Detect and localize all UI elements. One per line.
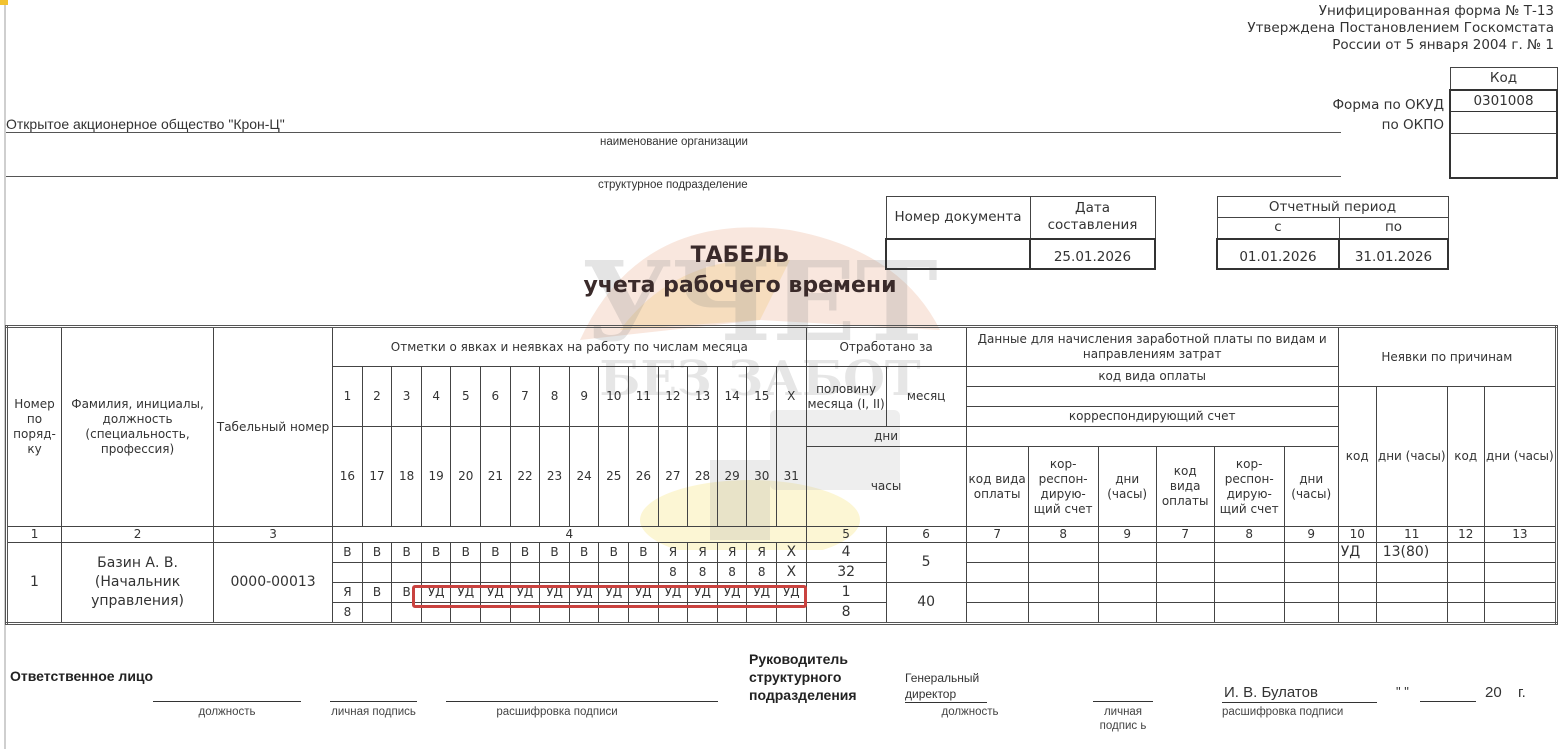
date-quote: " ": [1396, 684, 1409, 699]
data-cell[interactable]: [1156, 563, 1214, 583]
data-cell[interactable]: [1284, 563, 1338, 583]
day-hours[interactable]: [451, 603, 481, 624]
day-header-15: 15: [747, 367, 777, 427]
data-cell[interactable]: [1098, 603, 1156, 624]
absence-days-2[interactable]: [1484, 543, 1556, 563]
column-number: 5: [806, 527, 886, 543]
day-mark[interactable]: Х: [777, 543, 807, 563]
organization-caption: наименование организации: [600, 136, 748, 148]
day-header-13: 28: [688, 427, 718, 527]
head-signature-field[interactable]: [1093, 686, 1153, 702]
day-mark[interactable]: В: [599, 543, 629, 563]
day-header-1: 1: [333, 367, 363, 427]
period-box: Отчетный период с по 01.01.2026 31.01.20…: [1216, 196, 1449, 270]
column-number: 11: [1376, 527, 1447, 543]
day-mark[interactable]: В: [392, 583, 422, 603]
okud-label: Форма по ОКУД: [1332, 95, 1444, 115]
header-sub-code-1: код вида оплаты: [966, 447, 1028, 527]
day-hours[interactable]: [392, 563, 422, 583]
day-hours[interactable]: [510, 563, 540, 583]
day-mark[interactable]: Я: [333, 583, 363, 603]
half1-hours[interactable]: 32: [806, 563, 886, 583]
day-hours[interactable]: [599, 563, 629, 583]
header-sub-days-2: дни (часы): [1284, 447, 1338, 527]
subdivision-line[interactable]: [6, 176, 1341, 177]
day-mark[interactable]: УД: [717, 583, 747, 603]
data-cell[interactable]: [1098, 583, 1156, 603]
day-header-8: 8: [540, 367, 570, 427]
day-hours[interactable]: [362, 563, 392, 583]
date-field[interactable]: [1420, 686, 1476, 702]
day-header-9: 24: [569, 427, 599, 527]
column-number: 7: [966, 527, 1028, 543]
day-header-3: 3: [392, 367, 422, 427]
day-mark[interactable]: В: [451, 543, 481, 563]
doc-date-label: Дата составления: [1030, 197, 1155, 239]
extra-code-value[interactable]: [1450, 134, 1557, 178]
day-header-3: 18: [392, 427, 422, 527]
column-number: 6: [886, 527, 966, 543]
day-mark[interactable]: УД: [510, 583, 540, 603]
header-sub-code-2: код вида оплаты: [1156, 447, 1214, 527]
okud-labels: Форма по ОКУД по ОКПО: [1332, 95, 1444, 135]
day-header-4: 4: [421, 367, 451, 427]
half2-days[interactable]: 1: [806, 583, 886, 603]
column-number: 8: [1214, 527, 1284, 543]
day-mark[interactable]: В: [362, 583, 392, 603]
pay-data-cell[interactable]: [1284, 543, 1338, 563]
half1-days[interactable]: 4: [806, 543, 886, 563]
day-mark[interactable]: В: [333, 543, 363, 563]
column-number: 12: [1447, 527, 1484, 543]
pay-code-blank: [966, 387, 1338, 407]
pay-data-cell[interactable]: [1028, 543, 1098, 563]
day-hours[interactable]: 8: [658, 563, 688, 583]
header-hours: часы: [806, 447, 966, 527]
data-cell[interactable]: [1447, 563, 1484, 583]
header-pay-code: код вида оплаты: [966, 367, 1338, 387]
data-cell[interactable]: [1338, 603, 1376, 624]
day-hours[interactable]: Х: [777, 563, 807, 583]
day-mark[interactable]: Я: [658, 543, 688, 563]
pay-data-cell[interactable]: [966, 543, 1028, 563]
okpo-value[interactable]: [1450, 112, 1557, 134]
period-from-value[interactable]: 01.01.2026: [1217, 239, 1339, 269]
corner-marker: [0, 0, 8, 5]
day-hours[interactable]: [481, 563, 511, 583]
employee-row: 1 Базин А. В. (Начальник управления) 000…: [7, 543, 1557, 563]
subdivision-caption: структурное подразделение: [598, 179, 748, 191]
day-mark[interactable]: УД: [747, 583, 777, 603]
header-abs-days-1: дни (часы): [1376, 387, 1447, 527]
day-mark[interactable]: УД: [777, 583, 807, 603]
day-hours[interactable]: [510, 603, 540, 624]
data-cell[interactable]: [1338, 583, 1376, 603]
day-hours[interactable]: [392, 603, 422, 624]
period-from-label: с: [1217, 218, 1339, 239]
day-hours[interactable]: [421, 603, 451, 624]
day-hours[interactable]: 8: [688, 563, 718, 583]
day-hours[interactable]: [599, 603, 629, 624]
organization-name[interactable]: Открытое акционерное общество "Крон-Ц": [6, 116, 1341, 133]
data-cell[interactable]: [1484, 563, 1556, 583]
okpo-label: по ОКПО: [1332, 115, 1444, 135]
employee-tab-number[interactable]: 0000-00013: [214, 543, 333, 624]
day-hours[interactable]: [629, 603, 659, 624]
doc-date-value[interactable]: 25.01.2026: [1030, 239, 1155, 269]
responsible-label: Ответственное лицо: [10, 667, 160, 685]
head-decode-caption: расшифровка подписи: [1222, 705, 1377, 719]
day-header-6: 21: [481, 427, 511, 527]
header-sub-corr-2: кор-респон-дирую-щий счет: [1214, 447, 1284, 527]
header-worked: Отработано за: [806, 327, 966, 367]
day-header-1: 16: [333, 427, 363, 527]
header-abs-days-2: дни (часы): [1484, 387, 1556, 527]
corr-blank: [966, 427, 1338, 447]
column-number: 9: [1098, 527, 1156, 543]
column-number: 8: [1028, 527, 1098, 543]
document-title: ТАБЕЛЬ учета рабочего времени: [500, 241, 980, 301]
head-position-caption: должность: [905, 705, 1035, 719]
header-tab: Табельный номер: [214, 327, 333, 527]
data-cell[interactable]: [1214, 563, 1284, 583]
data-cell[interactable]: [1156, 603, 1214, 624]
title-line1: ТАБЕЛЬ: [500, 241, 980, 271]
day-header-13: 13: [688, 367, 718, 427]
day-header-14: 14: [717, 367, 747, 427]
code-box: Код 0301008: [1449, 67, 1558, 179]
header-month: месяц: [886, 367, 966, 427]
head-signature-caption: личная подпис ь: [1093, 705, 1153, 733]
day-mark[interactable]: Я: [688, 543, 718, 563]
day-header-10: 10: [599, 367, 629, 427]
day-mark[interactable]: В: [540, 543, 570, 563]
column-number: 13: [1484, 527, 1556, 543]
data-cell[interactable]: [1338, 563, 1376, 583]
doc-number-label: Номер документа: [886, 197, 1030, 239]
header-days: дни: [806, 427, 966, 447]
day-header-12: 12: [658, 367, 688, 427]
pay-data-cell[interactable]: [1156, 543, 1214, 563]
data-cell[interactable]: [966, 563, 1028, 583]
day-hours[interactable]: [688, 603, 718, 624]
head-position-field[interactable]: Генеральный директор: [905, 670, 987, 703]
day-header-11: 26: [629, 427, 659, 527]
data-cell[interactable]: [1376, 583, 1447, 603]
responsible-position-field[interactable]: [153, 686, 301, 702]
day-hours[interactable]: 8: [333, 603, 363, 624]
form-header-line3: России от 5 января 2004 г. № 1: [1247, 37, 1554, 54]
responsible-signature-field[interactable]: [330, 686, 417, 702]
day-header-5: 5: [451, 367, 481, 427]
day-header-2: 17: [362, 427, 392, 527]
month-days[interactable]: 5: [886, 543, 966, 583]
responsible-signature-caption: личная подпись: [330, 705, 417, 719]
data-cell[interactable]: [1214, 583, 1284, 603]
data-cell[interactable]: [1284, 603, 1338, 624]
day-mark[interactable]: УД: [451, 583, 481, 603]
day-header-6: 6: [481, 367, 511, 427]
okud-value[interactable]: 0301008: [1450, 90, 1557, 112]
day-mark[interactable]: В: [392, 543, 422, 563]
day-hours[interactable]: [658, 603, 688, 624]
day-hours[interactable]: [777, 603, 807, 624]
header-num: Номер по поряд-ку: [7, 327, 62, 527]
date-year: 20: [1485, 684, 1502, 701]
day-header-10: 25: [599, 427, 629, 527]
day-mark[interactable]: УД: [481, 583, 511, 603]
day-mark[interactable]: В: [510, 543, 540, 563]
code-header: Код: [1450, 68, 1557, 90]
form-header-line1: Унифицированная форма № Т-13: [1247, 3, 1554, 20]
day-header-12: 27: [658, 427, 688, 527]
day-hours[interactable]: 8: [717, 563, 747, 583]
month-hours[interactable]: 40: [886, 583, 966, 624]
period-to-value[interactable]: 31.01.2026: [1339, 239, 1448, 269]
day-mark[interactable]: В: [629, 543, 659, 563]
day-mark[interactable]: УД: [569, 583, 599, 603]
day-hours[interactable]: [569, 603, 599, 624]
half2-hours[interactable]: 8: [806, 603, 886, 624]
day-mark[interactable]: Я: [747, 543, 777, 563]
form-header-line2: Утверждена Постановлением Госкомстата: [1247, 20, 1554, 37]
header-abs-code-2: код: [1447, 387, 1484, 527]
day-header-5: 20: [451, 427, 481, 527]
pay-data-cell[interactable]: [1098, 543, 1156, 563]
employee-num: 1: [7, 543, 62, 624]
day-mark[interactable]: В: [421, 543, 451, 563]
header-half: половину месяца (I, II): [806, 367, 886, 427]
day-hours[interactable]: [481, 603, 511, 624]
head-name-field[interactable]: И. В. Булатов: [1222, 684, 1377, 703]
header-absent: Неявки по причинам: [1338, 327, 1556, 387]
header-corr: корреспондирующий счет: [966, 407, 1338, 427]
day-hours[interactable]: [451, 563, 481, 583]
day-header-7: 22: [510, 427, 540, 527]
title-line2: учета рабочего времени: [500, 271, 980, 301]
day-hours[interactable]: [540, 563, 570, 583]
day-header-11: 11: [629, 367, 659, 427]
period-label: Отчетный период: [1217, 197, 1448, 218]
data-cell[interactable]: [1484, 603, 1556, 624]
header-abs-code-1: код: [1338, 387, 1376, 527]
timesheet-table: Номер по поряд-ку Фамилия, инициалы, дол…: [5, 325, 1558, 625]
data-cell[interactable]: [1098, 563, 1156, 583]
data-cell[interactable]: [1376, 563, 1447, 583]
day-header-14: 29: [717, 427, 747, 527]
day-hours[interactable]: [421, 563, 451, 583]
form-header: Унифицированная форма № Т-13 Утверждена …: [1247, 3, 1554, 54]
responsible-position-caption: должность: [153, 705, 301, 719]
employee-name[interactable]: Базин А. В. (Начальник управления): [62, 543, 214, 624]
header-sub-days-1: дни (часы): [1098, 447, 1156, 527]
column-number: 4: [333, 527, 807, 543]
column-number: 2: [62, 527, 214, 543]
day-mark[interactable]: УД: [688, 583, 718, 603]
data-cell[interactable]: [1447, 583, 1484, 603]
data-cell[interactable]: [1156, 583, 1214, 603]
day-header-8: 23: [540, 427, 570, 527]
header-name: Фамилия, инициалы, должность (специально…: [62, 327, 214, 527]
day-header-16: 31: [777, 427, 807, 527]
day-mark[interactable]: Я: [717, 543, 747, 563]
day-header-7: 7: [510, 367, 540, 427]
data-cell[interactable]: [1447, 603, 1484, 624]
day-hours[interactable]: [747, 603, 777, 624]
data-cell[interactable]: [1028, 583, 1098, 603]
day-hours[interactable]: [569, 563, 599, 583]
absence-code-2[interactable]: [1447, 543, 1484, 563]
day-header-4: 19: [421, 427, 451, 527]
responsible-decode-caption: расшифровка подписи: [446, 705, 668, 719]
date-suffix: г.: [1518, 684, 1526, 701]
data-cell[interactable]: [1028, 603, 1098, 624]
day-mark[interactable]: УД: [658, 583, 688, 603]
data-cell[interactable]: [966, 583, 1028, 603]
day-mark[interactable]: В: [569, 543, 599, 563]
day-header-16: X: [777, 367, 807, 427]
absence-days[interactable]: 13(80): [1376, 543, 1447, 563]
column-number: 10: [1338, 527, 1376, 543]
column-number: 3: [214, 527, 333, 543]
day-mark[interactable]: УД: [540, 583, 570, 603]
data-cell[interactable]: [1214, 603, 1284, 624]
day-mark[interactable]: УД: [421, 583, 451, 603]
day-hours[interactable]: [629, 563, 659, 583]
data-cell[interactable]: [1284, 583, 1338, 603]
head-label: Руководитель структурного подразделения: [749, 650, 899, 704]
day-header-2: 2: [362, 367, 392, 427]
data-cell[interactable]: [1376, 603, 1447, 624]
day-hours[interactable]: [717, 603, 747, 624]
header-pay: Данные для начисления заработной платы п…: [966, 327, 1338, 367]
column-number: 1: [7, 527, 62, 543]
data-cell[interactable]: [966, 603, 1028, 624]
day-header-9: 9: [569, 367, 599, 427]
day-mark[interactable]: УД: [599, 583, 629, 603]
day-hours[interactable]: 8: [747, 563, 777, 583]
header-marks: Отметки о явках и неявках на работу по ч…: [333, 327, 807, 367]
day-mark[interactable]: В: [362, 543, 392, 563]
column-number: 9: [1284, 527, 1338, 543]
data-cell[interactable]: [1484, 583, 1556, 603]
day-header-15: 30: [747, 427, 777, 527]
column-number-row: 12345678978910111213: [7, 527, 1557, 543]
day-mark[interactable]: В: [481, 543, 511, 563]
pay-data-cell[interactable]: [1214, 543, 1284, 563]
absence-code[interactable]: УД: [1338, 543, 1376, 563]
data-cell[interactable]: [1028, 563, 1098, 583]
header-sub-corr-1: кор-респон-дирую-щий счет: [1028, 447, 1098, 527]
day-hours[interactable]: [362, 603, 392, 624]
day-mark[interactable]: УД: [629, 583, 659, 603]
day-hours[interactable]: [333, 563, 363, 583]
period-to-label: по: [1339, 218, 1448, 239]
column-number: 7: [1156, 527, 1214, 543]
responsible-decode-field[interactable]: [446, 686, 718, 702]
day-hours[interactable]: [540, 603, 570, 624]
